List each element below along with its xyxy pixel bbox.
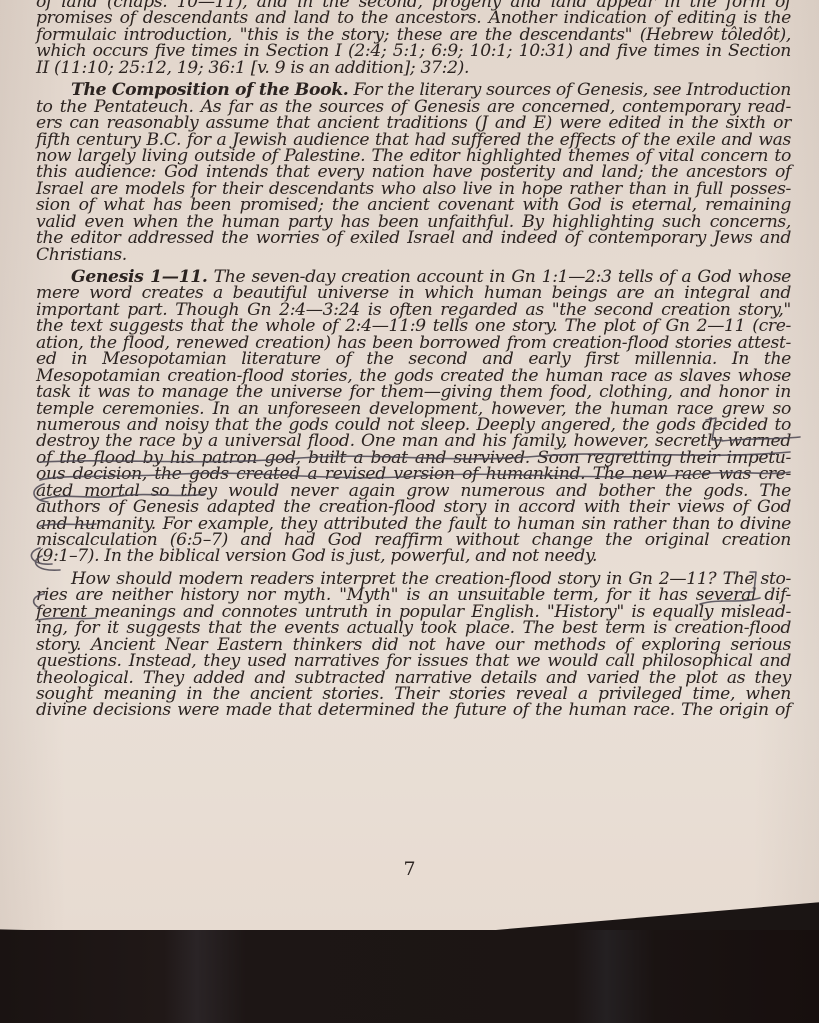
- bracket-mark: [748, 572, 756, 592]
- text-line: and humanity. For example, they attribut…: [36, 516, 791, 532]
- text-line: numerous and noisy that the gods could n…: [36, 417, 791, 433]
- text-line: authors of Genesis adapted the creation-…: [36, 499, 791, 515]
- text-line: story. Ancient Near Eastern thinkers did…: [36, 637, 791, 653]
- text-line: task it was to manage the universe for t…: [36, 384, 791, 400]
- underline-mark: [40, 472, 790, 480]
- text-line: now largely living outside of Palestine.…: [36, 148, 791, 164]
- text-line: the text suggests that the whole of 2:4—…: [36, 318, 791, 334]
- text-line: How should modern readers interpret the …: [36, 571, 791, 587]
- text-line: ing, for it suggests that the events act…: [36, 620, 791, 636]
- text-line: fifth century B.C. for a Jewish audience…: [36, 132, 791, 148]
- text-line: sought meaning in the ancient stories. T…: [36, 686, 791, 702]
- text-line: to the Pentateuch. As far as the sources…: [36, 99, 791, 115]
- text-line: (9:1–7). In the biblical version God is …: [36, 548, 791, 564]
- margin-mark: [38, 618, 96, 620]
- text-line: miscalculation (6:5–7) and had God reaff…: [36, 532, 791, 548]
- text-line: sion of what has been promised; the anci…: [36, 197, 791, 213]
- paragraph-continuation: of land (chaps. 10—11), and in the secon…: [36, 0, 791, 76]
- text-line: Mesopotamian creation-flood stories, the…: [36, 368, 791, 384]
- underline-mark: [722, 437, 800, 441]
- margin-mark: [34, 484, 48, 502]
- text-line: ous decision, the gods created a revised…: [36, 466, 791, 482]
- text-line: divine decisions were made that determin…: [36, 702, 791, 718]
- text-line: ation, the flood, renewed creation) has …: [36, 335, 791, 351]
- underline-mark: [700, 598, 760, 604]
- text-line: of the flood by his patron god, built a …: [36, 450, 791, 466]
- text-line: ed in Mesopotamian literature of the sec…: [36, 351, 791, 367]
- underline-mark: [40, 524, 96, 526]
- dark-background: [0, 930, 819, 1023]
- text-line: The Composition of the Book. For the lit…: [36, 82, 791, 98]
- text-line: II (11:10; 25:12, 19; 36:1 [v. 9 is an a…: [36, 60, 791, 76]
- page-number: 7: [0, 858, 819, 880]
- text-line: the editor addressed the worries of exil…: [36, 230, 791, 246]
- paragraph-composition: The Composition of the Book. For the lit…: [36, 82, 791, 263]
- text-line: ries are neither history nor myth. "Myth…: [36, 587, 791, 603]
- text-line: important part. Though Gn 2:4—3:24 is of…: [36, 302, 791, 318]
- text-line: ated mortal so they would never again gr…: [36, 483, 791, 499]
- text-line: ferent meanings and connotes untruth in …: [36, 604, 791, 620]
- text-run: For the literary sources of Genesis, see…: [348, 80, 791, 100]
- margin-mark: [34, 594, 44, 608]
- text-line: questions. Instead, they used narratives…: [36, 653, 791, 669]
- section-heading: The Composition of the Book.: [71, 80, 348, 100]
- text-line: formulaic introduction, "this is the sto…: [36, 27, 791, 43]
- text-line: Israel are models for their descendants …: [36, 181, 791, 197]
- text-line: this audience: God intends that every na…: [36, 164, 791, 180]
- text-line: temple ceremonies. In an unforeseen deve…: [36, 401, 791, 417]
- underline-mark: [40, 452, 790, 462]
- page-body-text: of land (chaps. 10—11), and in the secon…: [36, 0, 791, 719]
- text-line: of land (chaps. 10—11), and in the secon…: [36, 0, 791, 10]
- text-line: mere word creates a beautiful universe i…: [36, 285, 791, 301]
- paragraph-genesis-1-11: Genesis 1—11. The seven-day creation acc…: [36, 269, 791, 565]
- book-page: of land (chaps. 10—11), and in the secon…: [0, 0, 819, 935]
- underline-mark: [40, 494, 205, 500]
- section-heading: Genesis 1—11.: [71, 267, 207, 287]
- text-line: which occurs five times in Section I (2:…: [36, 43, 791, 59]
- text-line: destroy the race by a universal flood. O…: [36, 433, 791, 449]
- text-line: theological. They added and subtracted n…: [36, 670, 791, 686]
- text-run: The seven-day creation account in Gn 1:1…: [207, 267, 791, 287]
- paragraph-interpretation: How should modern readers interpret the …: [36, 571, 791, 719]
- text-line: Genesis 1—11. The seven-day creation acc…: [36, 269, 791, 285]
- text-line: ers can reasonably assume that ancient t…: [36, 115, 791, 131]
- bracket-mark: [706, 418, 722, 440]
- margin-mark: [31, 548, 60, 570]
- text-line: Christians.: [36, 247, 791, 263]
- pen-annotations: [0, 0, 819, 935]
- text-line: promises of descendants and land to the …: [36, 10, 791, 26]
- text-line: valid even when the human party has been…: [36, 214, 791, 230]
